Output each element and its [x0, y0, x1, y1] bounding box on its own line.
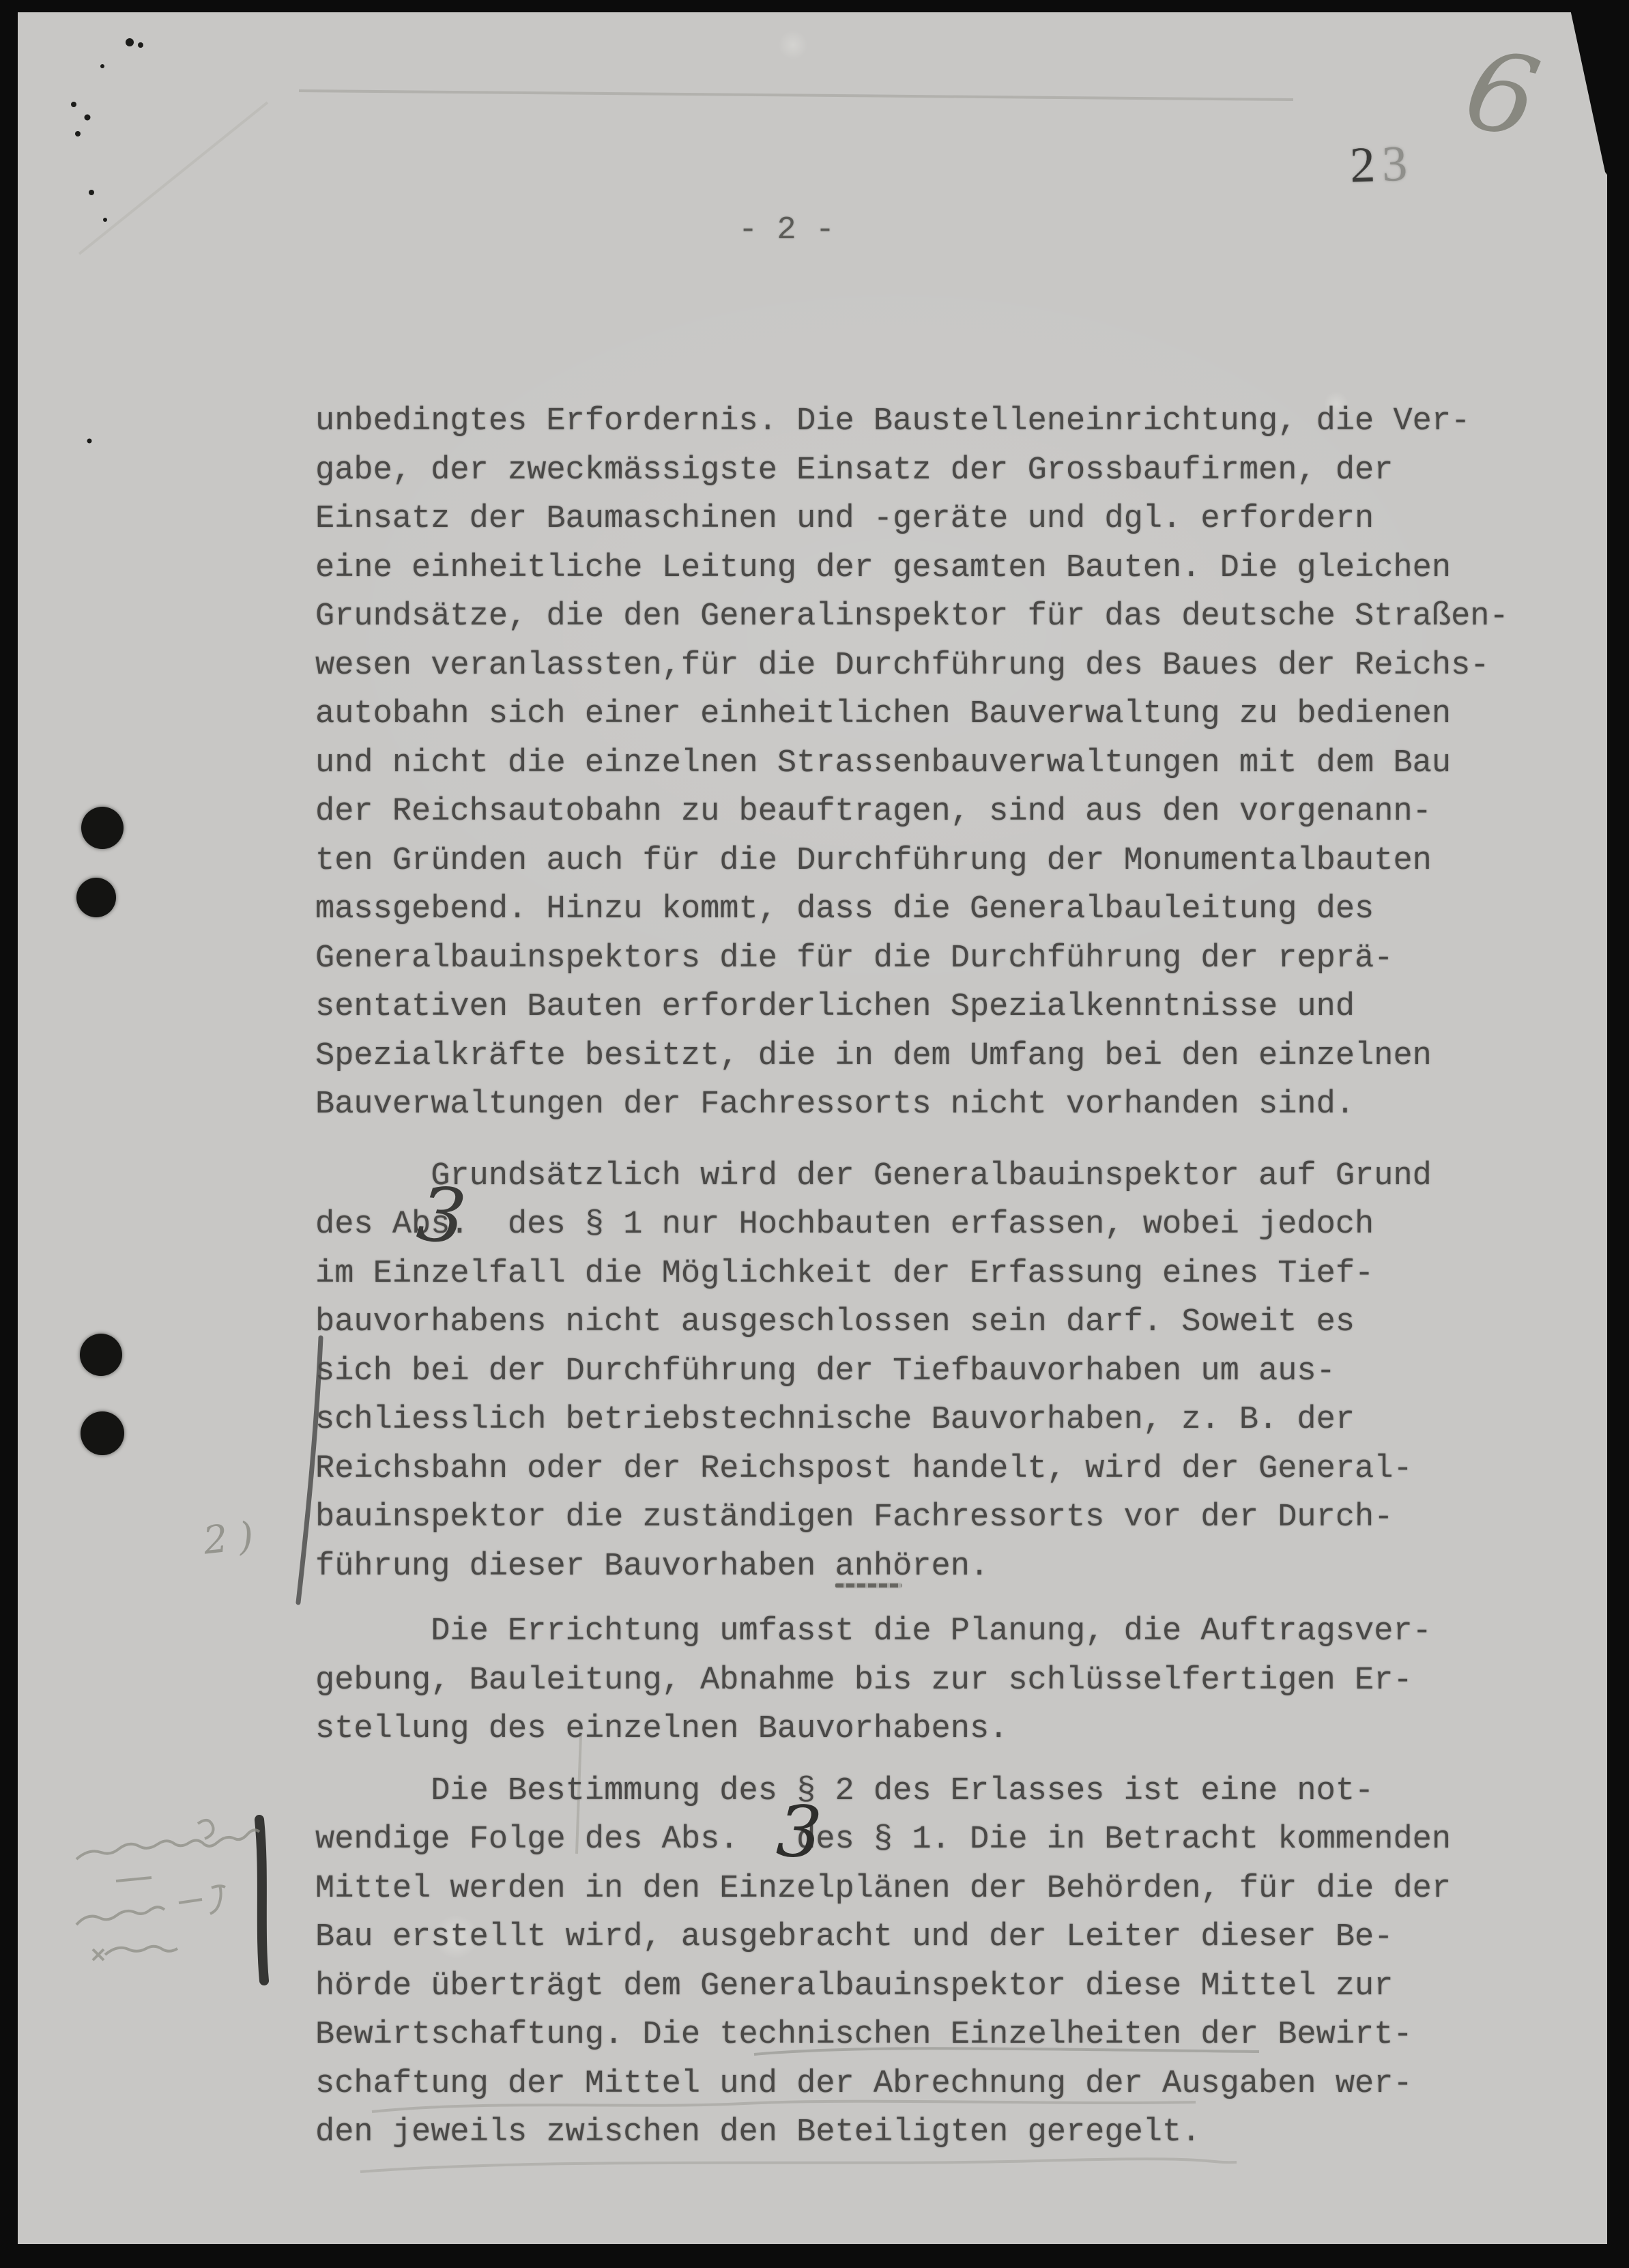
typed-line: Reichsbahn oder der Reichspost handelt, …: [315, 1453, 1413, 1485]
typed-line: Bau erstellt wird, ausgebracht und der L…: [315, 1921, 1393, 1953]
typed-line: bauvorhabens nicht ausgeschlossen sein d…: [315, 1306, 1355, 1338]
scan-border-right: [1607, 0, 1629, 2268]
margin-annotation: 2): [201, 1516, 266, 1560]
typed-line: schaftung der Mittel und der Abrechnung …: [315, 2068, 1413, 2100]
typed-line: wendige Folge des Abs. des § 1. Die in B…: [315, 1824, 1451, 1856]
scan-border-top: [0, 0, 1629, 12]
scan-border-bottom: [0, 2244, 1629, 2268]
typed-line: sentativen Bauten erforderlichen Spezial…: [315, 991, 1355, 1023]
page-number: - 2 -: [738, 214, 835, 246]
typed-line: führung dieser Bauvorhaben anhören.: [315, 1551, 989, 1583]
typed-line: Die Errichtung umfasst die Planung, die …: [315, 1616, 1432, 1648]
typed-line: gabe, der zweckmässigste Einsatz der Gro…: [315, 455, 1393, 487]
typed-line: sich bei der Durchführung der Tiefbauvor…: [315, 1355, 1336, 1388]
typed-line: autobahn sich einer einheitlichen Bauver…: [315, 698, 1451, 730]
typed-line: ten Gründen auch für die Durchführung de…: [315, 845, 1432, 877]
crease-line: [79, 102, 268, 254]
typed-line: hörde überträgt dem Generalbauinspektor …: [315, 1970, 1393, 2003]
handwritten-digit: 3: [775, 1795, 824, 1868]
typed-line: gebung, Bauleitung, Abnahme bis zur schl…: [315, 1665, 1413, 1697]
typed-line: Die Bestimmung des § 2 des Erlasses ist …: [315, 1775, 1374, 1807]
typed-line: schliesslich betriebstechnische Bauvorha…: [315, 1404, 1355, 1436]
typed-line: Mittel werden in den Einzelplänen der Be…: [315, 1873, 1451, 1905]
typed-line: bauinspektor die zuständigen Fachressort…: [315, 1502, 1393, 1534]
hole-punch: [81, 1411, 124, 1455]
document-page: - 2 - 23 6 unbedingtes Erfordernis. Die …: [0, 0, 1629, 2268]
pencil-line-top: [299, 91, 1293, 100]
typed-line: Einsatz der Baumaschinen und -geräte und…: [315, 503, 1374, 535]
marginalia-handwriting: [76, 1820, 259, 1960]
typed-line: unbedingtes Erfordernis. Die Baustellene…: [315, 405, 1470, 437]
hole-punch: [80, 1334, 122, 1376]
typed-line: wesen veranlassten,für die Durchführung …: [315, 650, 1489, 682]
typed-line: Generalbauinspektors die für die Durchfü…: [315, 943, 1393, 975]
typed-line: des Abs. des § 1 nur Hochbauten erfassen…: [315, 1209, 1374, 1241]
typed-line: stellung des einzelnen Bauvorhabens.: [315, 1713, 1008, 1745]
typed-line: Bauverwaltungen der Fachressorts nicht v…: [315, 1089, 1355, 1121]
typed-line: massgebend. Hinzu kommt, dass die Genera…: [315, 893, 1374, 925]
folio-number-pencil: 6: [1456, 33, 1547, 155]
margin-line-bold: [259, 1820, 264, 1981]
typed-line: Bewirtschaftung. Die technischen Einzelh…: [315, 2019, 1413, 2051]
typed-line: der Reichsautobahn zu beauftragen, sind …: [315, 796, 1432, 828]
section-divider: [835, 1583, 902, 1588]
typed-line: eine einheitliche Leitung der gesamten B…: [315, 552, 1451, 584]
scan-border-left: [0, 0, 18, 2268]
typed-line: im Einzelfall die Möglichkeit der Erfass…: [315, 1258, 1374, 1290]
typed-line: den jeweils zwischen den Beteiligten ger…: [315, 2116, 1200, 2149]
hole-punch: [76, 878, 116, 917]
scan-specks: [71, 38, 143, 444]
typed-line: und nicht die einzelnen Strassenbauverwa…: [315, 747, 1451, 779]
hole-punch: [81, 807, 124, 849]
typed-line: Spezialkräfte besitzt, die in dem Umfang…: [315, 1040, 1432, 1072]
handwritten-digit: 3: [414, 1176, 469, 1256]
folio-number-stamp: 23: [1349, 138, 1415, 190]
typed-line: Grundsätze, die den Generalinspektor für…: [315, 601, 1509, 633]
typed-line: Grundsätzlich wird der Generalbauinspekt…: [315, 1160, 1432, 1192]
